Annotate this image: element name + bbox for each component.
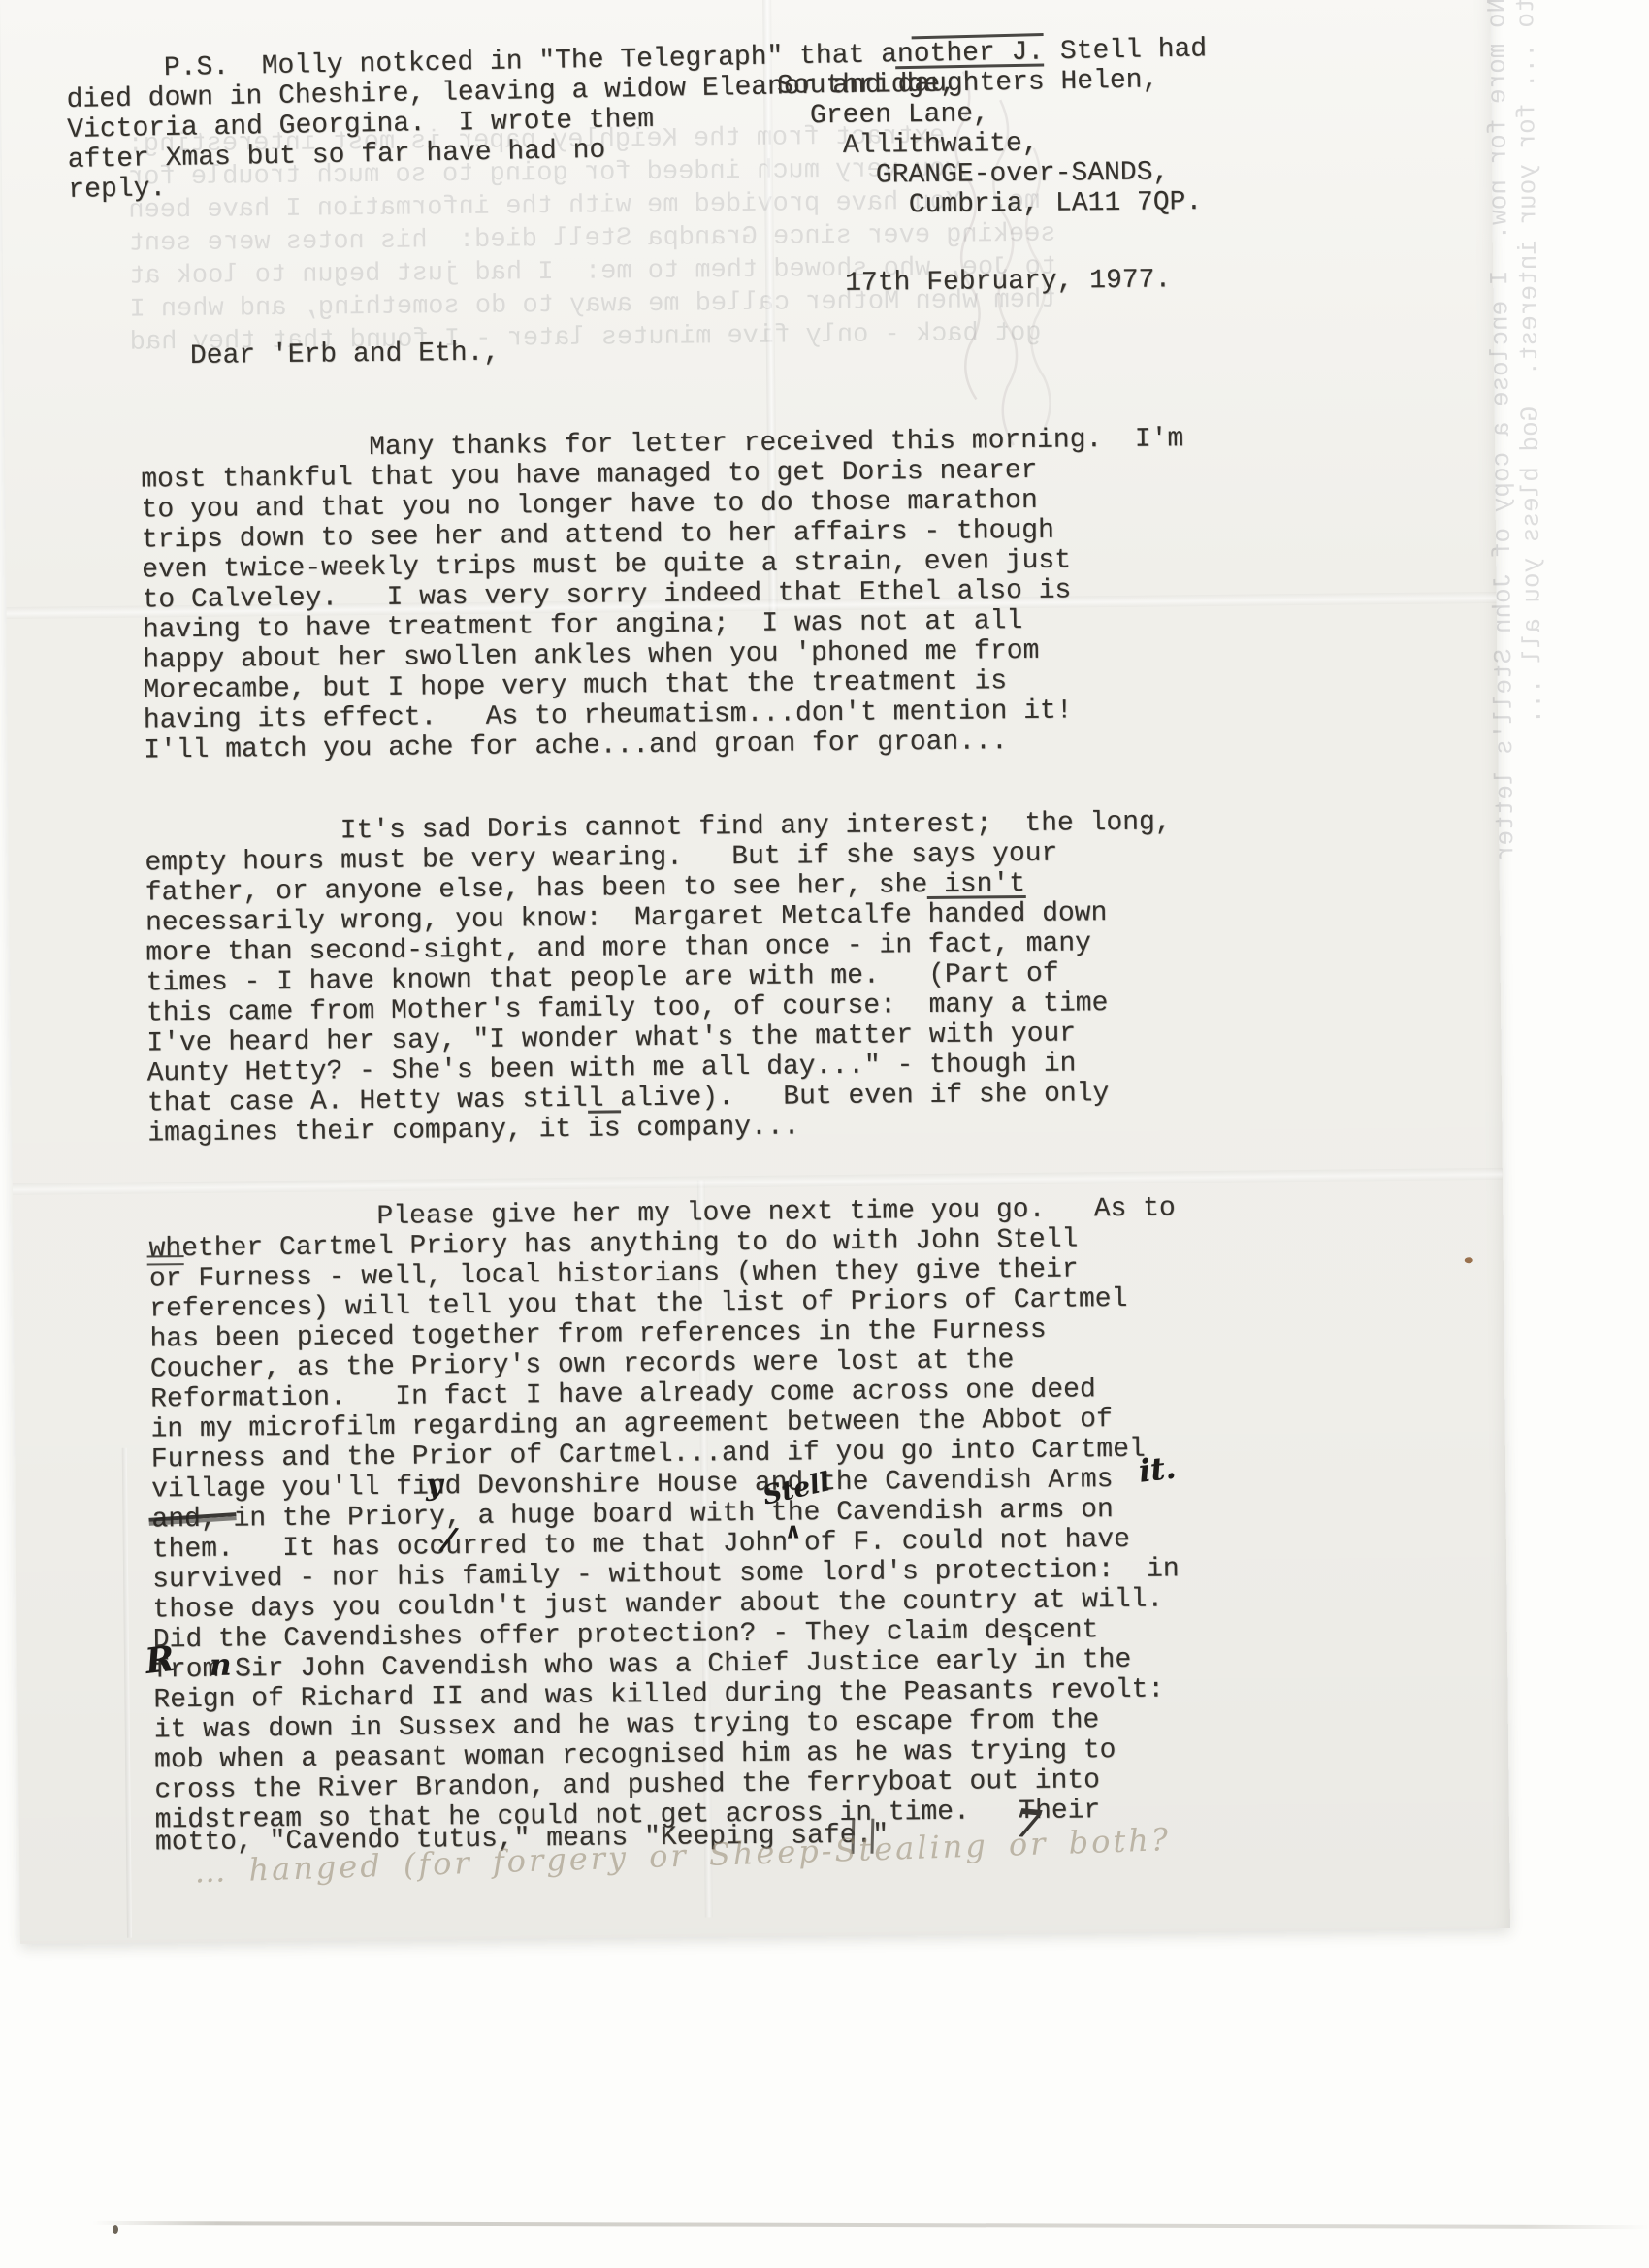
scanner-speck — [113, 2225, 118, 2234]
insertion-caret-mark: ∧ — [784, 1516, 801, 1546]
handwritten-y-correction: y — [426, 1470, 443, 1500]
paragraph-3: Please give her my love next time you go… — [148, 1163, 1185, 2166]
date-line: 17th February, 1977. — [845, 265, 1171, 299]
address-block: Southridge, Green Lane, Allithwaite, GRA… — [777, 67, 1202, 222]
right-edge-bleedthrough: No more for now. I enclose a copy of Joh… — [1482, 0, 1556, 1259]
handwritten-apostrophe: ' — [1025, 1635, 1035, 1665]
paragraph-1: Many thanks for letter received this mor… — [140, 394, 1187, 795]
paragraph-1-text: Many thanks for letter received this mor… — [141, 424, 1183, 765]
scanner-edge-streak — [92, 2221, 1649, 2229]
paper-speck — [1465, 1257, 1473, 1263]
paragraph-2-text: It's sad Doris cannot find any interest;… — [145, 807, 1172, 1149]
paragraph-3-text: Please give her my love next time you go… — [148, 1193, 1179, 1835]
salutation: Dear 'Erb and Eth., — [190, 339, 501, 372]
fold-crease-vertical — [122, 1448, 132, 1938]
handwritten-n-correction: n — [210, 1651, 232, 1681]
scanned-letter-background: extract from the Keighley paper is most … — [0, 0, 1649, 2268]
handwritten-r-correction: R — [144, 1644, 176, 1677]
underline-or — [147, 1255, 184, 1265]
underline-is — [588, 1110, 621, 1113]
letter-page: extract from the Keighley paper is most … — [0, 0, 1510, 1944]
handwritten-it: it. — [1137, 1453, 1177, 1487]
